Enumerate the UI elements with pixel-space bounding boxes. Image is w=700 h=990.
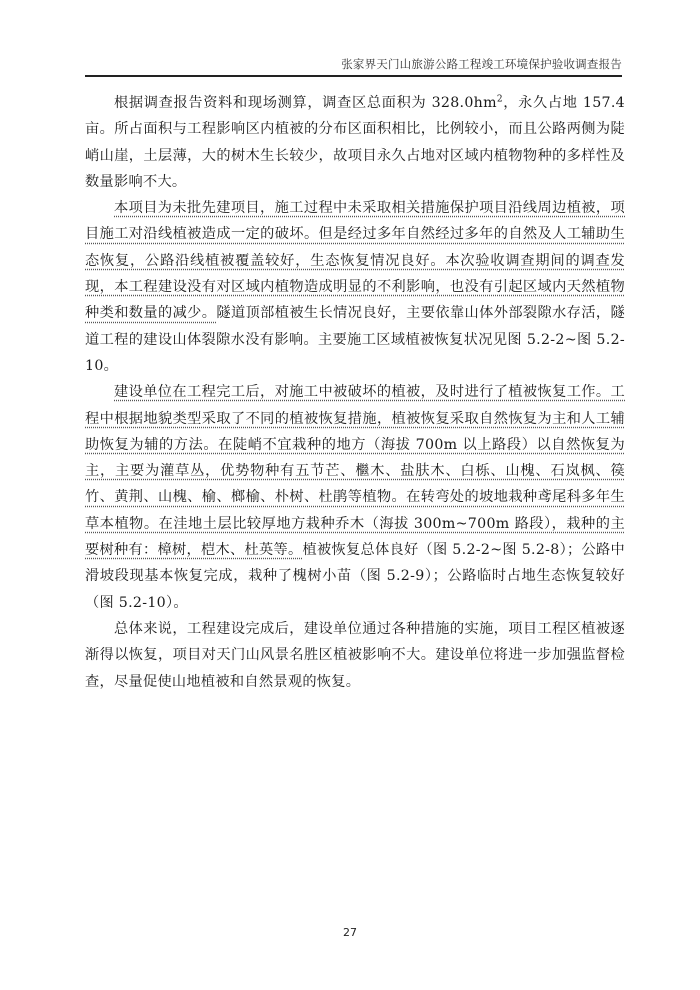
page-footer: 27 [0,926,700,939]
paragraph-vegetation-restoration: 建设单位在工程完工后，对施工中被破坏的植被，及时进行了植被恢复工作。工程中根据地… [85,379,625,616]
paragraph-land-occupation: 根据调查报告资料和现场测算，调查区总面积为 328.0hm2，永久占地 157.… [85,90,625,195]
document-body: 根据调查报告资料和现场测算，调查区总面积为 328.0hm2，永久占地 157.… [85,90,625,695]
text-segment: 总体来说，工程建设完成后，建设单位通过各种措施的实施，项目工程区植被逐渐得以恢复… [85,621,625,690]
running-header: 张家界天门山旅游公路工程竣工环境保护验收调查报告 [85,56,622,77]
underlined-revision-text: 建设单位在工程完工后，对施工中被破坏的植被，及时进行了植被恢复工作。工程中根据地… [85,384,625,558]
underlined-revision-text: 本项目为未批先建项目，施工过程中未采取相关措施保护项目沿线周边植被，项目施工对沿… [85,200,625,321]
page-number: 27 [343,926,357,939]
report-title: 张家界天门山旅游公路工程竣工环境保护验收调查报告 [341,57,622,71]
paragraph-summary: 总体来说，工程建设完成后，建设单位通过各种措施的实施，项目工程区植被逐渐得以恢复… [85,616,625,695]
text-segment: 根据调查报告资料和现场测算，调查区总面积为 328.0hm [114,95,497,111]
paragraph-construction-impact: 本项目为未批先建项目，施工过程中未采取相关措施保护项目沿线周边植被，项目施工对沿… [85,195,625,379]
